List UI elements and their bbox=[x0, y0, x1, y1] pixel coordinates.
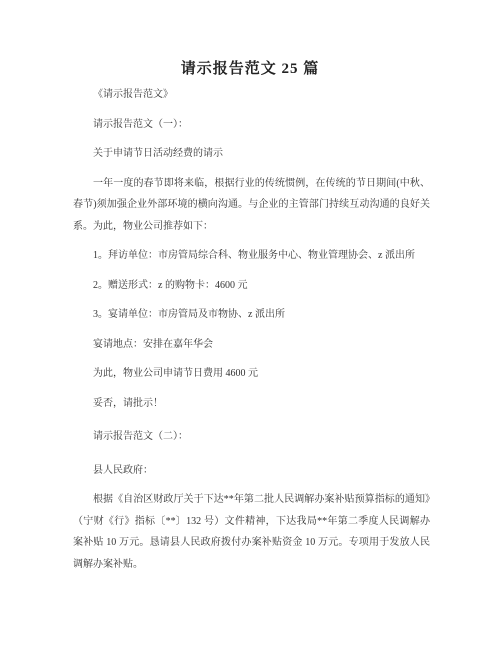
paragraph: 为此，物业公司申请节日费用 4600 元 bbox=[73, 363, 430, 385]
document-page: 请示报告范文 25 篇 《请示报告范文》请示报告范文（一）：关于申请节日活动经费… bbox=[0, 0, 500, 647]
paragraph: 妥否，请批示！ bbox=[73, 393, 430, 415]
paragraph: 请示报告范文（二）： bbox=[73, 426, 430, 448]
paragraph: 1。拜访单位：市房管局综合科、物业服务中心、物业管理协会、z 派出所 bbox=[73, 245, 430, 267]
paragraph: 请示报告范文（一）： bbox=[73, 114, 430, 136]
paragraph: 3。宴请单位：市房管局及市物协、z 派出所 bbox=[73, 304, 430, 326]
paragraph: 2。赠送形式：z 的购物卡：4600 元 bbox=[73, 275, 430, 297]
paragraph: 县人民政府： bbox=[73, 460, 430, 482]
paragraph: 关于申请节日活动经费的请示 bbox=[73, 143, 430, 165]
paragraph: 宴请地点：安排在嘉年华会 bbox=[73, 334, 430, 356]
document-title: 请示报告范文 25 篇 bbox=[0, 0, 500, 81]
document-body: 《请示报告范文》请示报告范文（一）：关于申请节日活动经费的请示一年一度的春节即将… bbox=[0, 81, 500, 575]
paragraph: 《请示报告范文》 bbox=[73, 84, 430, 106]
paragraph: 一年一度的春节即将来临，根据行业的传统惯例，在传统的节日期间(中秋、春节)须加强… bbox=[73, 173, 430, 238]
paragraph: 根据《自治区财政厅关于下达**年第二批人民调解办案补贴预算指标的通知》（宁财《行… bbox=[73, 489, 430, 575]
